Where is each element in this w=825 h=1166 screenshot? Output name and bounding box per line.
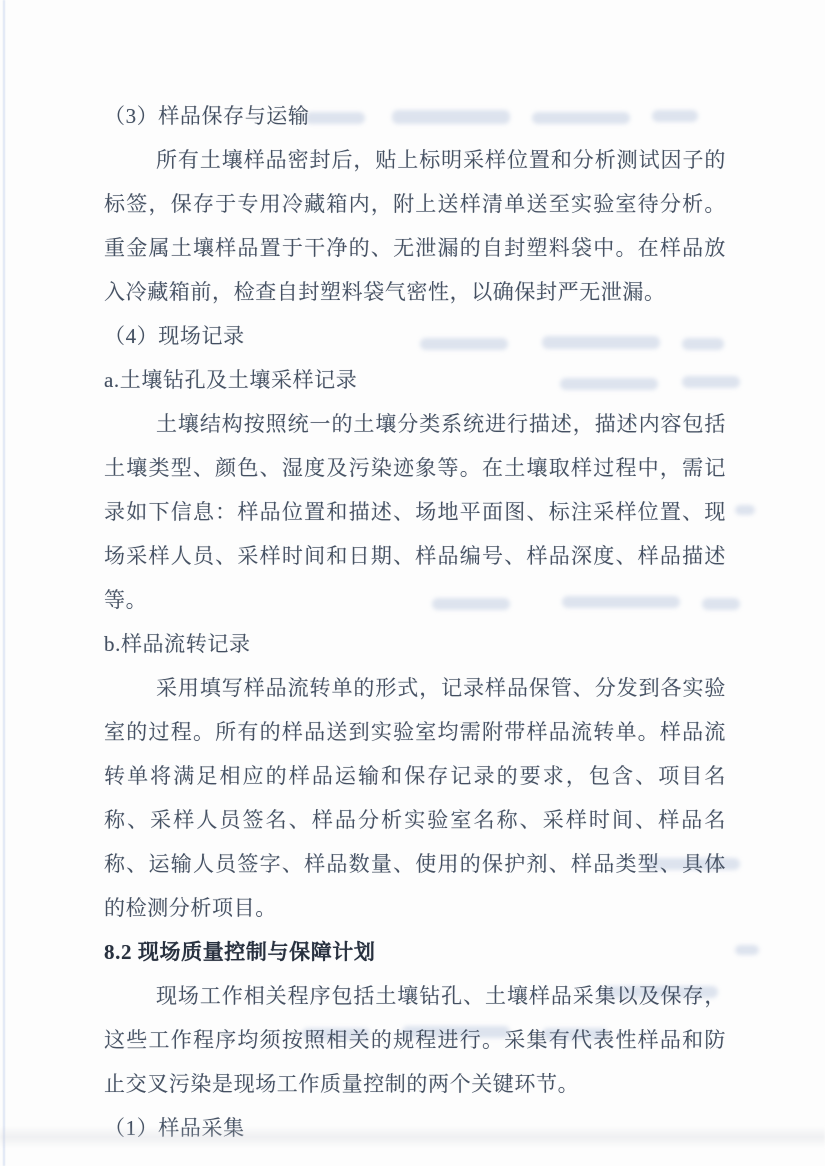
document-page: （3）样品保存与运输所有土壤样品密封后，贴上标明采样位置和分析测试因子的标签，保… xyxy=(0,0,825,1166)
list-label: b.样品流转记录 xyxy=(104,622,726,666)
section-subheading: （3）样品保存与运输 xyxy=(104,94,726,138)
bleed-through-artifact xyxy=(735,945,759,955)
paragraph: 土壤结构按照统一的土壤分类系统进行描述，描述内容包括土壤类型、颜色、湿度及污染迹… xyxy=(104,402,726,622)
bleed-through-artifact xyxy=(735,505,755,515)
scan-shadow-artifact xyxy=(0,1126,825,1148)
document-content: （3）样品保存与运输所有土壤样品密封后，贴上标明采样位置和分析测试因子的标签，保… xyxy=(104,94,726,1150)
paragraph: 所有土壤样品密封后，贴上标明采样位置和分析测试因子的标签，保存于专用冷藏箱内，附… xyxy=(104,138,726,314)
list-label: a.土壤钻孔及土壤采样记录 xyxy=(104,358,726,402)
section-heading: 8.2 现场质量控制与保障计划 xyxy=(104,930,726,974)
section-subheading: （4）现场记录 xyxy=(104,314,726,358)
scan-edge-artifact xyxy=(3,0,5,1166)
paragraph: 现场工作相关程序包括土壤钻孔、土壤样品采集以及保存，这些工作程序均须按照相关的规… xyxy=(104,974,726,1106)
paragraph: 采用填写样品流转单的形式，记录样品保管、分发到各实验室的过程。所有的样品送到实验… xyxy=(104,666,726,930)
